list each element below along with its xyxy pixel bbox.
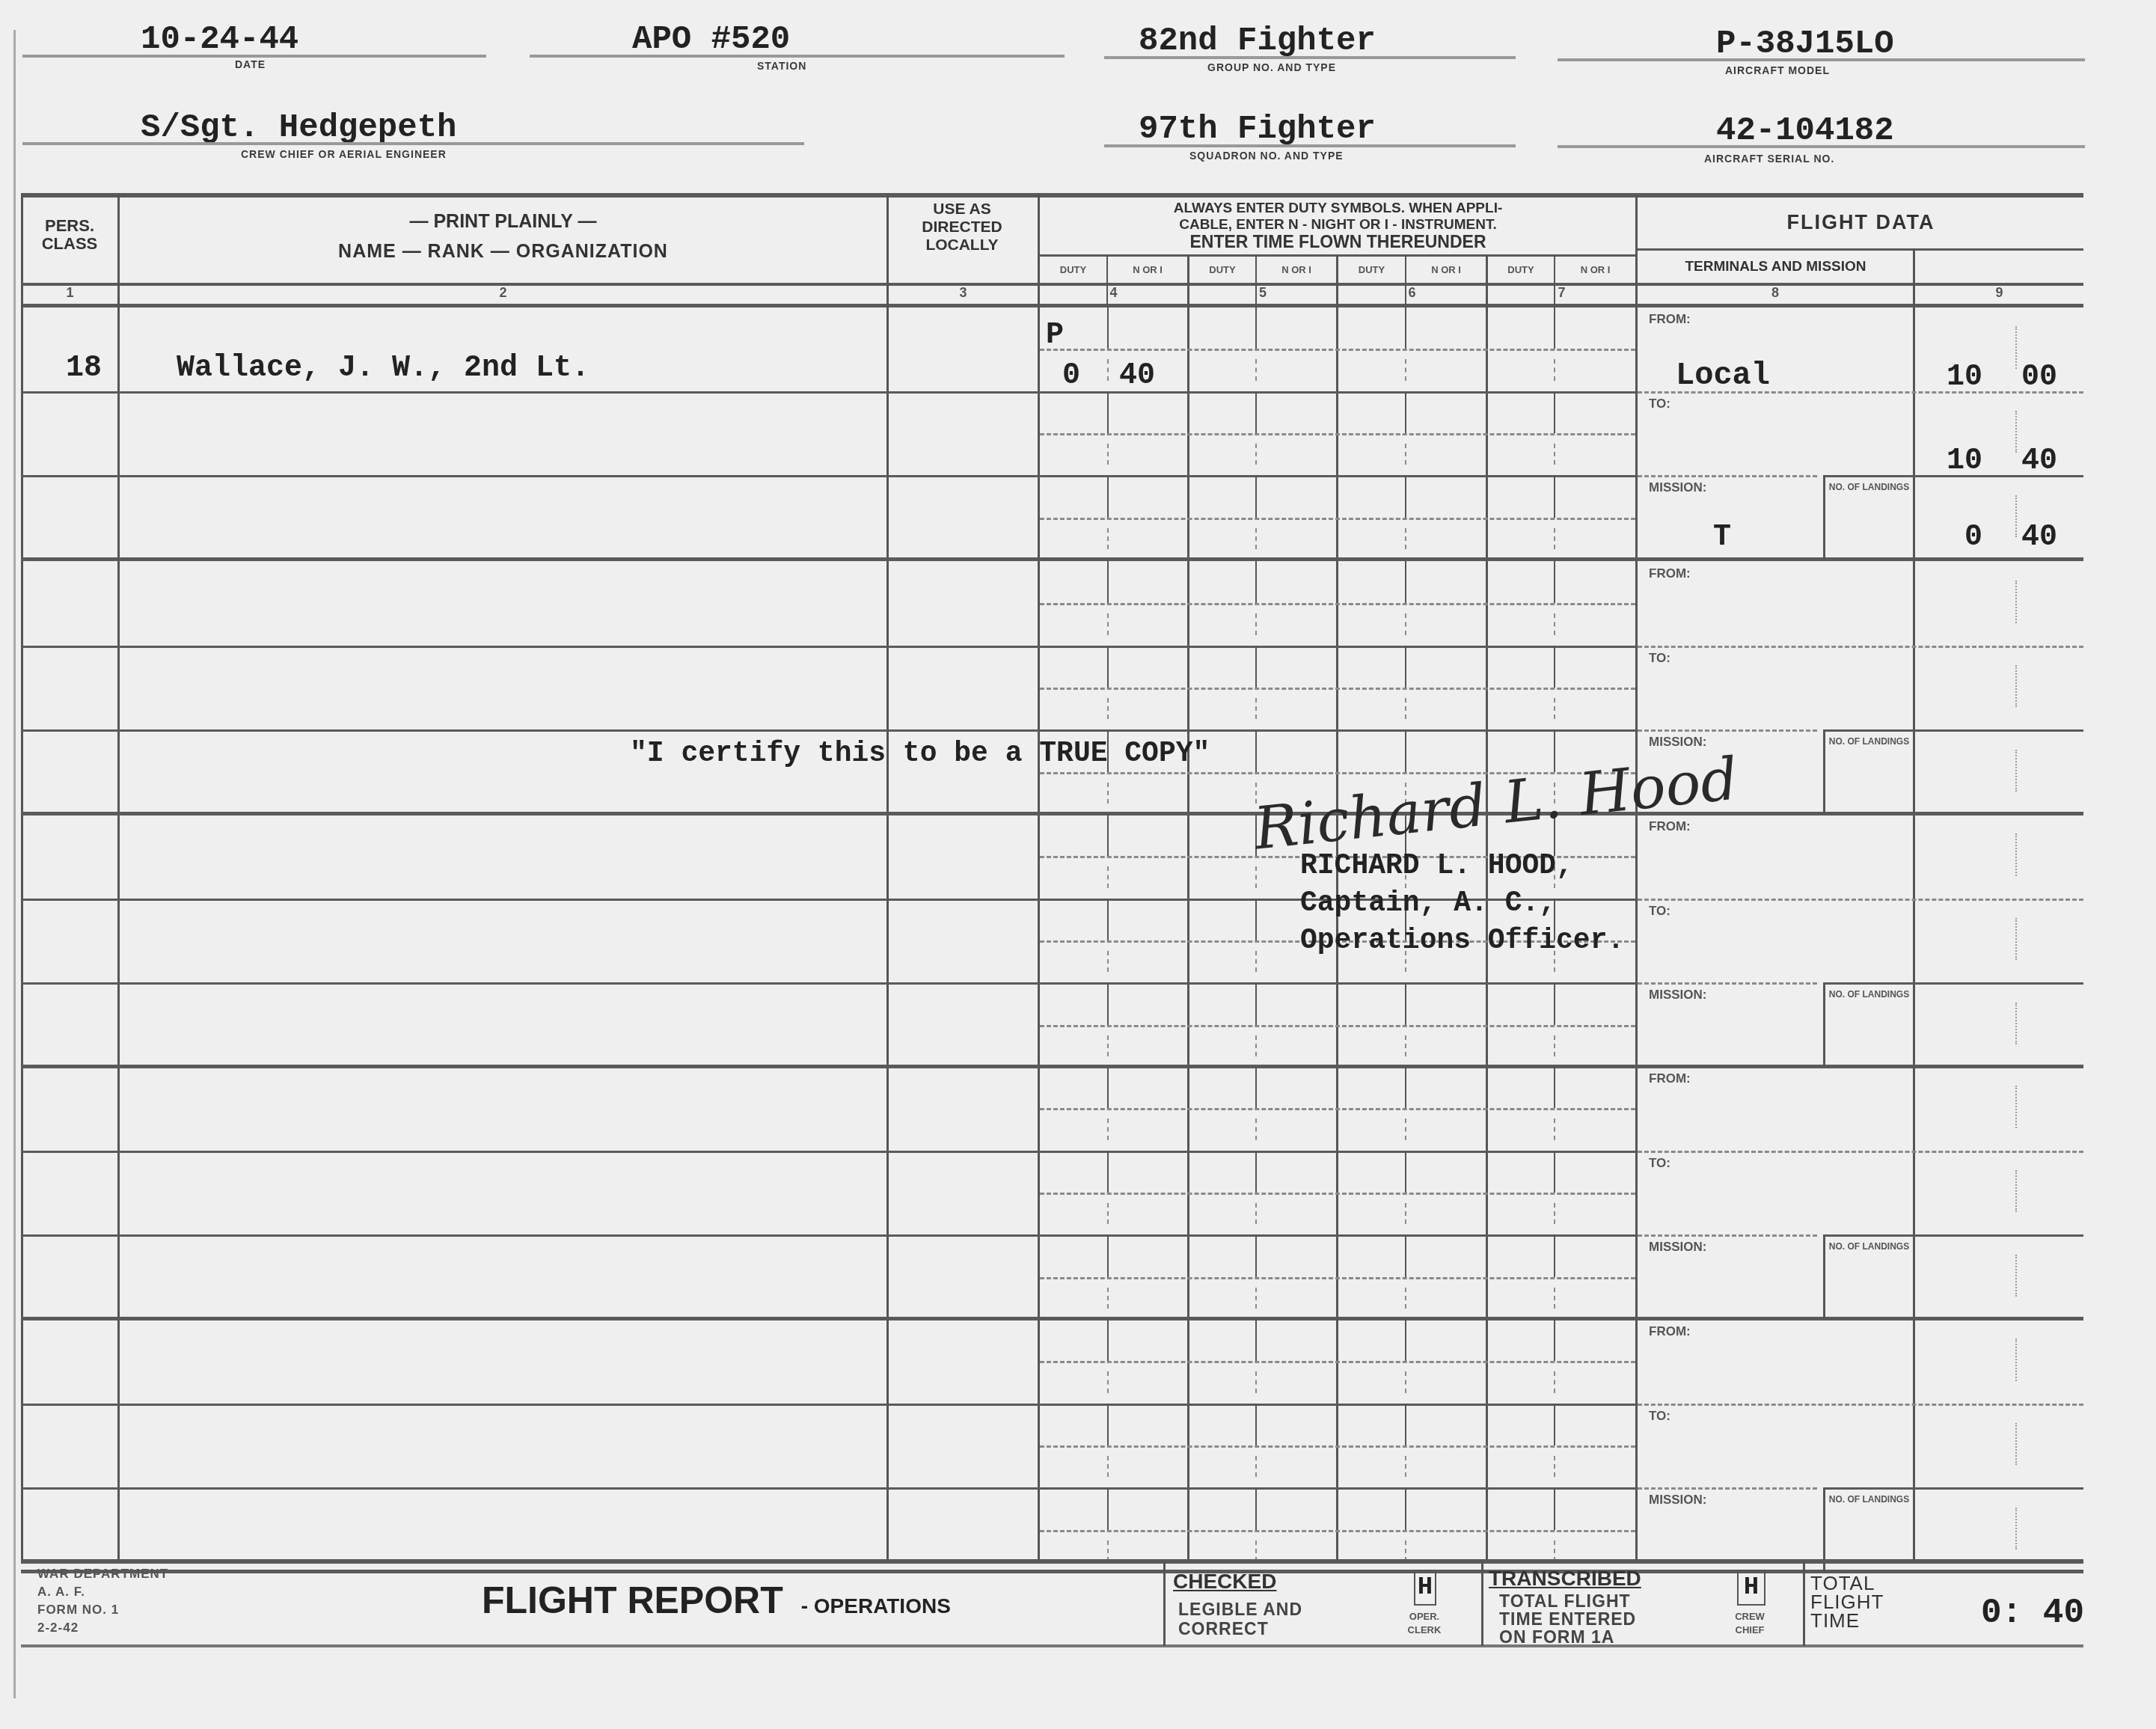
n-or-i-divider — [1107, 1066, 1109, 1108]
header-n-or-i-4: N OR I — [1108, 263, 1187, 277]
checked-text: LEGIBLE AND CORRECT — [1178, 1600, 1302, 1638]
hours-minutes-divider — [1107, 359, 1109, 380]
hours-minutes-divider — [1107, 613, 1109, 634]
time-separator — [2015, 1423, 2017, 1465]
hours-minutes-divider — [1554, 359, 1555, 380]
station-label: STATION — [757, 60, 806, 72]
time-separator — [2015, 750, 2017, 792]
landings-label: NO. OF LANDINGS — [1825, 1240, 1913, 1252]
col-line-8 — [1913, 248, 1915, 1561]
mission-label: MISSION: — [1649, 481, 1706, 495]
checked-text-line-1: LEGIBLE AND — [1178, 1600, 1302, 1619]
certifier-rank: Captain, A. C., — [1300, 887, 1556, 919]
duty-instructions-line-1: ALWAYS ENTER DUTY SYMBOLS. WHEN APPLI- — [1040, 201, 1636, 217]
entry-duty-minutes[interactable]: 40 — [1119, 359, 1155, 393]
squadron-label: SQUADRON NO. AND TYPE — [1189, 150, 1344, 162]
landings-top-line — [1823, 982, 2083, 985]
crew-chief-label: CREW CHIEF — [1724, 1610, 1776, 1637]
header-terminals-mission: TERMINALS AND MISSION — [1638, 259, 1913, 275]
hours-minutes-divider — [1554, 1203, 1555, 1224]
department-line-4: 2-2-42 — [37, 1619, 168, 1637]
hours-minutes-divider — [1554, 1540, 1555, 1561]
hours-minutes-divider — [1405, 1035, 1406, 1056]
hours-minutes-divider — [1107, 528, 1109, 549]
group-underline — [1104, 56, 1516, 59]
hours-minutes-divider — [1255, 866, 1257, 887]
duty-time-dashed-line — [1040, 688, 1635, 690]
checked-label: CHECKED — [1173, 1570, 1276, 1594]
time-separator — [2015, 326, 2017, 368]
n-or-i-divider — [1107, 646, 1109, 688]
oper-clerk-line-2: CLERK — [1400, 1624, 1448, 1637]
time-separator — [2015, 665, 2017, 707]
hours-minutes-divider — [1255, 951, 1257, 972]
n-or-i-divider — [1255, 1487, 1257, 1529]
total-flight-time-value[interactable]: 0: 40 — [1981, 1594, 2084, 1632]
hours-minutes-divider — [1405, 1119, 1406, 1139]
hours-minutes-divider — [1554, 444, 1555, 465]
n-or-i-divider — [1554, 475, 1555, 517]
from-label: FROM: — [1649, 313, 1691, 326]
aircraft-serial-value: 42-104182 — [1716, 112, 1894, 150]
oper-clerk-label: OPER. CLERK — [1400, 1610, 1448, 1637]
n-or-i-divider — [1554, 391, 1555, 433]
n-or-i-divider — [1255, 561, 1257, 603]
time-separator — [2015, 1338, 2017, 1380]
checked-left-border — [1163, 1562, 1166, 1646]
n-or-i-divider — [1107, 1487, 1109, 1529]
time-separator — [2015, 1086, 2017, 1127]
hours-minutes-divider — [1554, 528, 1555, 549]
duty-time-dashed-line — [1040, 1361, 1635, 1363]
n-or-i-divider — [1255, 391, 1257, 433]
flight-data-header-divider — [1636, 248, 2083, 251]
n-or-i-divider — [1107, 1319, 1109, 1361]
department-line-1: WAR DEPARTMENT — [37, 1565, 168, 1583]
n-or-i-divider — [1107, 1234, 1109, 1276]
hours-minutes-divider — [1255, 1456, 1257, 1477]
landings-top-line — [1823, 729, 2083, 732]
header-duty-5: DUTY — [1189, 263, 1255, 277]
certifier-title: Operations Officer. — [1300, 925, 1624, 957]
group-value: 82nd Fighter — [1139, 22, 1376, 60]
hours-minutes-divider — [1554, 698, 1555, 719]
flight-data-dashed-line — [1638, 646, 2083, 648]
from-label: FROM: — [1649, 820, 1691, 833]
header-n-or-i-6: N OR I — [1406, 263, 1486, 277]
to-label: TO: — [1649, 1410, 1670, 1423]
hours-minutes-divider — [1255, 359, 1257, 380]
landings-top-line — [1823, 1234, 2083, 1237]
entry-name[interactable]: Wallace, J. W., 2nd Lt. — [177, 352, 589, 385]
time-separator — [2015, 1508, 2017, 1549]
to-label: TO: — [1649, 652, 1670, 665]
to-label: TO: — [1649, 905, 1670, 918]
hours-minutes-divider — [1107, 444, 1109, 465]
from-label: FROM: — [1649, 1072, 1691, 1086]
entry-duty-hours[interactable]: 0 — [1062, 359, 1080, 393]
crew-chief-line-2: CHIEF — [1724, 1624, 1776, 1637]
n-or-i-divider — [1107, 561, 1109, 603]
duty-time-dashed-line — [1040, 518, 1635, 520]
group-5-bottom-line — [21, 1570, 2083, 1573]
from-label: FROM: — [1649, 1325, 1691, 1338]
form-title-main: FLIGHT REPORT — [482, 1579, 783, 1621]
n-or-i-divider — [1107, 391, 1109, 433]
oper-clerk-initial: H — [1415, 1571, 1435, 1604]
n-or-i-divider — [1554, 1066, 1555, 1108]
hours-minutes-divider — [1554, 613, 1555, 634]
hours-minutes-divider — [1107, 1288, 1109, 1309]
duty-instructions-line-3: ENTER TIME FLOWN THEREUNDER — [1040, 233, 1636, 250]
hours-minutes-divider — [1554, 1456, 1555, 1477]
entry-duration-m[interactable]: 40 — [2021, 521, 2057, 554]
hours-minutes-divider — [1107, 698, 1109, 719]
oper-clerk-line-1: OPER. — [1400, 1610, 1448, 1624]
n-or-i-divider — [1554, 561, 1555, 603]
checked-text-line-2: CORRECT — [1178, 1619, 1302, 1638]
col-number-8: 8 — [1638, 286, 1913, 299]
n-or-i-divider — [1405, 307, 1406, 349]
table-top-border — [21, 193, 2083, 198]
n-or-i-divider — [1255, 1234, 1257, 1276]
header-pers-class: PERS. CLASS — [22, 217, 117, 253]
aircraft-serial-underline — [1558, 145, 2085, 148]
col-number-6: 6 — [1338, 286, 1486, 299]
entry-mission[interactable]: T — [1713, 521, 1731, 554]
flight-data-dashed-line — [1638, 729, 1817, 732]
hours-minutes-divider — [1107, 1371, 1109, 1392]
n-or-i-divider — [1255, 1404, 1257, 1445]
entry-to-time-h[interactable]: 10 — [1947, 444, 1982, 478]
mission-label: MISSION: — [1649, 1493, 1706, 1507]
n-or-i-divider — [1255, 729, 1257, 771]
header-duty-7: DUTY — [1488, 263, 1554, 277]
n-or-i-divider — [1554, 1487, 1555, 1529]
subrow-line — [21, 1151, 1637, 1153]
duty-time-dashed-line — [1040, 1277, 1635, 1279]
header-use-locally: USE AS DIRECTED LOCALLY — [895, 201, 1029, 254]
time-separator — [2015, 1170, 2017, 1212]
entry-from-time-h[interactable]: 10 — [1947, 361, 1982, 394]
hours-minutes-divider — [1107, 1119, 1109, 1139]
oper-clerk-initial-box[interactable]: H — [1414, 1570, 1436, 1606]
duty-time-dashed-line — [1040, 603, 1635, 605]
hours-minutes-divider — [1554, 1288, 1555, 1309]
subrow-line — [21, 1234, 1637, 1237]
header-n-or-i-7: N OR I — [1555, 263, 1635, 277]
n-or-i-divider — [1255, 899, 1257, 940]
hours-minutes-divider — [1255, 1203, 1257, 1224]
n-or-i-divider — [1554, 982, 1555, 1024]
n-or-i-divider — [1107, 982, 1109, 1024]
transcribed-label: TRANSCRIBED — [1489, 1567, 1641, 1591]
col-line-4 — [1187, 254, 1189, 1561]
transcribed-text-line-1: TOTAL FLIGHT — [1499, 1592, 1636, 1610]
n-or-i-divider — [1107, 307, 1109, 349]
subrow-line — [21, 982, 1637, 985]
n-or-i-divider — [1554, 307, 1555, 349]
col-number-7: 7 — [1488, 286, 1635, 299]
time-separator — [2015, 1003, 2017, 1044]
entry-duty-symbol[interactable]: P — [1046, 319, 1064, 352]
duty-time-dashed-line — [1040, 1445, 1635, 1448]
header-n-or-i-5: N OR I — [1257, 263, 1336, 277]
transcribed-text-line-2: TIME ENTERED — [1499, 1610, 1636, 1628]
hours-minutes-divider — [1107, 783, 1109, 804]
col-number-9: 9 — [1915, 286, 2083, 299]
group-label: GROUP NO. AND TYPE — [1207, 61, 1336, 73]
landings-top-line — [1823, 1487, 2083, 1490]
col-number-2: 2 — [120, 286, 886, 299]
footer-top-border — [21, 1559, 2083, 1564]
duty-time-dashed-line — [1040, 433, 1635, 435]
duty-time-dashed-line — [1040, 1025, 1635, 1027]
crew-chief-initial: H — [1739, 1571, 1764, 1604]
department-info: WAR DEPARTMENT A. A. F. FORM NO. 1 2-2-4… — [37, 1565, 168, 1637]
n-or-i-divider — [1554, 1319, 1555, 1361]
n-or-i-divider — [1405, 1151, 1406, 1193]
hours-minutes-divider — [1107, 866, 1109, 887]
n-or-i-divider — [1107, 1404, 1109, 1445]
subrow-line — [21, 391, 1637, 394]
transcribed-text-line-3: ON FORM 1A — [1499, 1628, 1636, 1646]
n-or-i-divider — [1107, 475, 1109, 517]
aircraft-serial-label: AIRCRAFT SERIAL NO. — [1704, 153, 1834, 165]
n-or-i-divider — [1554, 1151, 1555, 1193]
col-number-4: 4 — [1040, 286, 1187, 299]
header-duty-instructions: ALWAYS ENTER DUTY SYMBOLS. WHEN APPLI- C… — [1040, 201, 1636, 250]
crew-chief-value: S/Sgt. Hedgepeth — [141, 109, 456, 147]
entry-from-time-m[interactable]: 00 — [2021, 361, 2057, 394]
hours-minutes-divider — [1107, 1456, 1109, 1477]
total-left-border — [1803, 1562, 1805, 1646]
col-line-1 — [117, 193, 120, 1561]
flight-data-dashed-line — [1638, 899, 2083, 901]
station-underline — [530, 55, 1065, 58]
hours-minutes-divider — [1255, 1371, 1257, 1392]
flight-data-dashed-line — [1638, 475, 1817, 477]
col-number-5: 5 — [1189, 286, 1336, 299]
subrow-line — [21, 1487, 1637, 1490]
aircraft-model-value: P-38J15LO — [1716, 25, 1894, 63]
transcribed-text: TOTAL FLIGHT TIME ENTERED ON FORM 1A — [1499, 1592, 1636, 1646]
time-separator — [2015, 918, 2017, 960]
page-margin-line — [13, 30, 16, 1698]
group-2-bottom-line — [21, 812, 2083, 815]
signature: Richard L. Hood — [1251, 745, 1741, 863]
n-or-i-divider — [1554, 1404, 1555, 1445]
hours-minutes-divider — [1405, 359, 1406, 380]
time-separator — [2015, 581, 2017, 622]
n-or-i-divider — [1405, 391, 1406, 433]
hours-minutes-divider — [1255, 528, 1257, 549]
entry-to-time-m[interactable]: 40 — [2021, 444, 2057, 478]
subrow-line — [21, 729, 1637, 732]
hours-minutes-divider — [1405, 1540, 1406, 1561]
subrow-line — [21, 1404, 1637, 1406]
hours-minutes-divider — [1554, 1371, 1555, 1392]
total-label-line-3: TIME — [1810, 1612, 1884, 1630]
transcribed-left-border — [1481, 1562, 1483, 1646]
duty-time-dashed-line — [1040, 1530, 1635, 1532]
aircraft-model-underline — [1558, 58, 2085, 61]
duty-instructions-line-2: CABLE, ENTER N - NIGHT OR I - INSTRUMENT… — [1040, 217, 1636, 233]
group-1-bottom-line — [21, 557, 2083, 561]
mission-label: MISSION: — [1649, 1240, 1706, 1254]
header-numbers-bottom — [21, 304, 2083, 307]
hours-minutes-divider — [1107, 1540, 1109, 1561]
certification-statement: "I certify this to be a TRUE COPY" — [630, 738, 1210, 770]
hours-minutes-divider — [1107, 1203, 1109, 1224]
flight-data-dashed-line — [1638, 982, 1817, 985]
crew-chief-line-1: CREW — [1724, 1610, 1776, 1624]
hours-minutes-divider — [1255, 444, 1257, 465]
total-flight-time-label: TOTAL FLIGHT TIME — [1810, 1574, 1884, 1630]
department-line-2: A. A. F. — [37, 1583, 168, 1601]
hours-minutes-divider — [1255, 613, 1257, 634]
col-line-2 — [886, 193, 889, 1561]
landings-label: NO. OF LANDINGS — [1825, 1493, 1913, 1505]
landings-label: NO. OF LANDINGS — [1825, 481, 1913, 493]
landings-label: NO. OF LANDINGS — [1825, 988, 1913, 1000]
n-or-i-divider — [1405, 475, 1406, 517]
time-separator — [2015, 411, 2017, 453]
to-label: TO: — [1649, 397, 1670, 411]
form-title-subtitle: - OPERATIONS — [801, 1594, 951, 1618]
col-line-left — [21, 193, 23, 1561]
date-value: 10-24-44 — [141, 21, 298, 58]
time-separator — [2015, 495, 2017, 537]
flight-data-dashed-line — [1638, 1404, 2083, 1406]
flight-data-dashed-line — [1638, 1234, 1817, 1237]
mission-label: MISSION: — [1649, 988, 1706, 1002]
n-or-i-divider — [1405, 1487, 1406, 1529]
n-or-i-divider — [1255, 982, 1257, 1024]
aircraft-model-label: AIRCRAFT MODEL — [1725, 64, 1830, 76]
subrow-line — [21, 646, 1637, 648]
group-4-bottom-line — [21, 1317, 2083, 1321]
n-or-i-divider — [1255, 307, 1257, 349]
n-or-i-divider — [1405, 1319, 1406, 1361]
hours-minutes-divider — [1405, 1456, 1406, 1477]
date-underline — [22, 55, 486, 58]
n-or-i-divider — [1554, 646, 1555, 688]
footer-bottom-border — [21, 1644, 2083, 1647]
n-or-i-divider — [1107, 1151, 1109, 1193]
to-label: TO: — [1649, 1157, 1670, 1170]
department-line-3: FORM NO. 1 — [37, 1601, 168, 1619]
flight-data-dashed-line — [1638, 1151, 2083, 1153]
col-line-7 — [1635, 193, 1638, 1561]
n-or-i-divider — [1255, 646, 1257, 688]
crew-chief-label: CREW CHIEF OR AERIAL ENGINEER — [241, 148, 447, 160]
hours-minutes-divider — [1255, 1119, 1257, 1139]
hours-minutes-divider — [1405, 444, 1406, 465]
hours-minutes-divider — [1405, 1203, 1406, 1224]
hours-minutes-divider — [1405, 698, 1406, 719]
entry-pers-class[interactable]: 18 — [66, 352, 102, 385]
certifier-name: RICHARD L. HOOD, — [1300, 850, 1573, 882]
hours-minutes-divider — [1405, 613, 1406, 634]
hours-minutes-divider — [1255, 1540, 1257, 1561]
mission-label: MISSION: — [1649, 735, 1706, 749]
group-3-bottom-line — [21, 1065, 2083, 1068]
n-or-i-divider — [1405, 1066, 1406, 1108]
station-value: APO #520 — [632, 21, 790, 58]
squadron-underline — [1104, 144, 1516, 147]
squadron-value: 97th Fighter — [1139, 111, 1376, 148]
form-title: FLIGHT REPORT - OPERATIONS — [482, 1579, 951, 1622]
duty-time-dashed-line — [1040, 1108, 1635, 1110]
header-duty-6: DUTY — [1338, 263, 1405, 277]
n-or-i-divider — [1255, 1151, 1257, 1193]
n-or-i-divider — [1405, 561, 1406, 603]
n-or-i-divider — [1405, 729, 1406, 771]
time-separator — [2015, 833, 2017, 875]
hours-minutes-divider — [1405, 528, 1406, 549]
n-or-i-divider — [1107, 814, 1109, 856]
hours-minutes-divider — [1405, 1371, 1406, 1392]
n-or-i-divider — [1405, 646, 1406, 688]
hours-minutes-divider — [1255, 1288, 1257, 1309]
col-line-3 — [1038, 193, 1040, 1561]
hours-minutes-divider — [1255, 698, 1257, 719]
from-label: FROM: — [1649, 567, 1691, 581]
duty-time-dashed-line — [1040, 1193, 1635, 1195]
flight-data-dashed-line — [1638, 1487, 1817, 1490]
hours-minutes-divider — [1107, 1035, 1109, 1056]
n-or-i-divider — [1405, 982, 1406, 1024]
hours-minutes-divider — [1554, 1119, 1555, 1139]
hours-minutes-divider — [1107, 951, 1109, 972]
entry-from[interactable]: Local — [1676, 358, 1770, 394]
header-print-plainly: — PRINT PLAINLY — — [120, 211, 886, 233]
hours-minutes-divider — [1255, 1035, 1257, 1056]
subrow-line — [21, 475, 1637, 477]
n-or-i-divider — [1405, 1404, 1406, 1445]
col-number-3: 3 — [889, 286, 1038, 299]
crew-chief-underline — [22, 142, 804, 145]
header-flight-data: FLIGHT DATA — [1638, 211, 2083, 234]
time-separator — [2015, 1255, 2017, 1297]
n-or-i-divider — [1255, 1066, 1257, 1108]
header-duty-4: DUTY — [1040, 263, 1106, 277]
n-or-i-divider — [1405, 1234, 1406, 1276]
entry-duration-h[interactable]: 0 — [1964, 521, 1982, 554]
n-or-i-divider — [1554, 1234, 1555, 1276]
landings-label: NO. OF LANDINGS — [1825, 735, 1913, 747]
col-number-1: 1 — [22, 286, 117, 299]
n-or-i-divider — [1255, 1319, 1257, 1361]
hours-minutes-divider — [1554, 1035, 1555, 1056]
duty-time-dashed-line — [1040, 349, 1635, 351]
header-name-rank-org: NAME — RANK — ORGANIZATION — [120, 241, 886, 263]
n-or-i-divider — [1255, 475, 1257, 517]
date-label: DATE — [235, 58, 266, 70]
hours-minutes-divider — [1405, 1288, 1406, 1309]
crew-chief-initial-box[interactable]: H — [1737, 1570, 1765, 1606]
n-or-i-divider — [1107, 899, 1109, 940]
